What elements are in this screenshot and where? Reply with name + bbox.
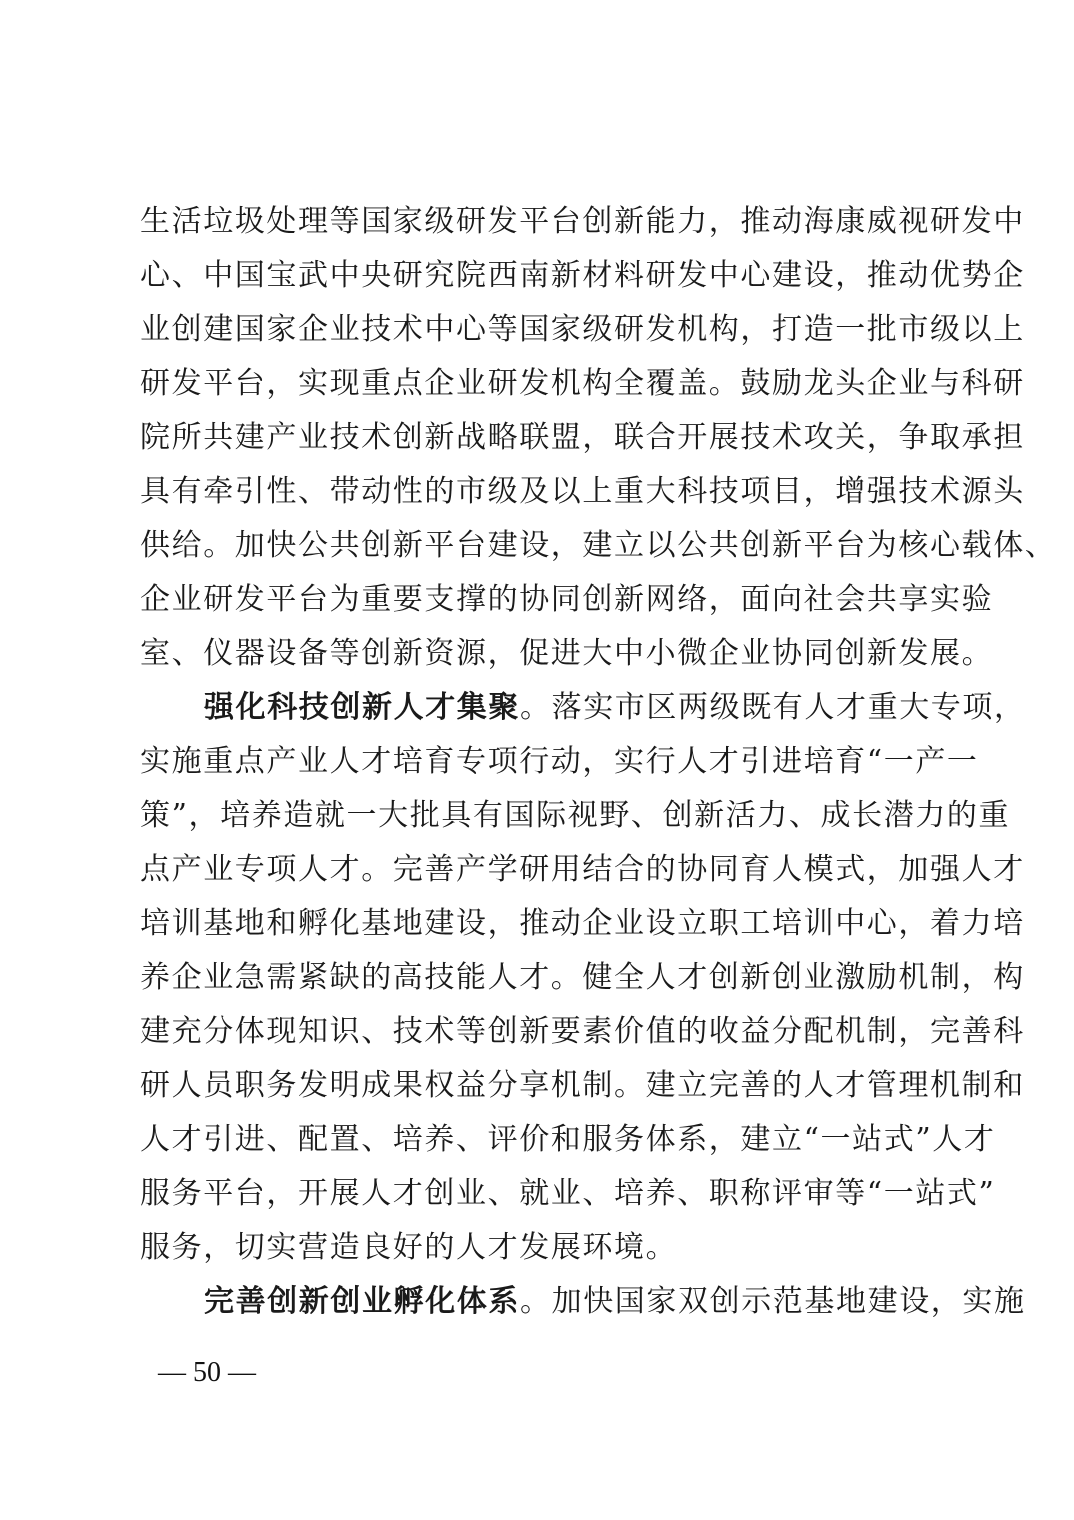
text-line: 建充分体现知识、技术等创新要素价值的收益分配机制，完善科 [140, 1012, 940, 1052]
text-line: 养企业急需紧缺的高技能人才。健全人才创新创业激励机制，构 [140, 958, 940, 998]
text-run: 。加快国家双创示范基地建设，实施 [520, 1284, 1026, 1319]
text-line: 室、仪器设备等创新资源，促进大中小微企业协同创新发展。 [140, 634, 940, 674]
text-line: 业创建国家企业技术中心等国家级研发机构，打造一批市级以上 [140, 310, 940, 350]
section-heading: 强化科技创新人才集聚 [204, 690, 520, 725]
page-number: — 50 — [158, 1357, 256, 1389]
document-page: 生活垃圾处理等国家级研发平台创新能力，推动海康威视研发中 心、中国宝武中央研究院… [0, 0, 1074, 1520]
text-line: 具有牵引性、带动性的市级及以上重大科技项目，增强技术源头 [140, 472, 940, 512]
text-line: 生活垃圾处理等国家级研发平台创新能力，推动海康威视研发中 [140, 202, 940, 242]
text-line: 供给。加快公共创新平台建设，建立以公共创新平台为核心载体、 [140, 526, 940, 566]
text-run: 。落实市区两级既有人才重大专项， [520, 690, 1026, 725]
text-line: 心、中国宝武中央研究院西南新材料研发中心建设，推动优势企 [140, 256, 940, 296]
text-line: 研发平台，实现重点企业研发机构全覆盖。鼓励龙头企业与科研 [140, 364, 940, 404]
text-line: 企业研发平台为重要支撑的协同创新网络，面向社会共享实验 [140, 580, 940, 620]
text-line: 服务平台，开展人才创业、就业、培养、职称评审等“一站式” [140, 1174, 940, 1214]
text-line: 点产业专项人才。完善产学研用结合的协同育人模式，加强人才 [140, 850, 940, 890]
paragraph-first-line: 强化科技创新人才集聚。落实市区两级既有人才重大专项， [204, 688, 940, 728]
text-line: 策”，培养造就一大批具有国际视野、创新活力、成长潜力的重 [140, 796, 940, 836]
text-line: 培训基地和孵化基地建设，推动企业设立职工培训中心，着力培 [140, 904, 940, 944]
section-heading: 完善创新创业孵化体系 [204, 1284, 520, 1319]
text-line: 院所共建产业技术创新战略联盟，联合开展技术攻关，争取承担 [140, 418, 940, 458]
text-line: 服务，切实营造良好的人才发展环境。 [140, 1228, 940, 1268]
text-line: 实施重点产业人才培育专项行动，实行人才引进培育“一产一 [140, 742, 940, 782]
text-line: 人才引进、配置、培养、评价和服务体系，建立“一站式”人才 [140, 1120, 940, 1160]
paragraph-first-line: 完善创新创业孵化体系。加快国家双创示范基地建设，实施 [204, 1282, 940, 1322]
text-line: 研人员职务发明成果权益分享机制。建立完善的人才管理机制和 [140, 1066, 940, 1106]
